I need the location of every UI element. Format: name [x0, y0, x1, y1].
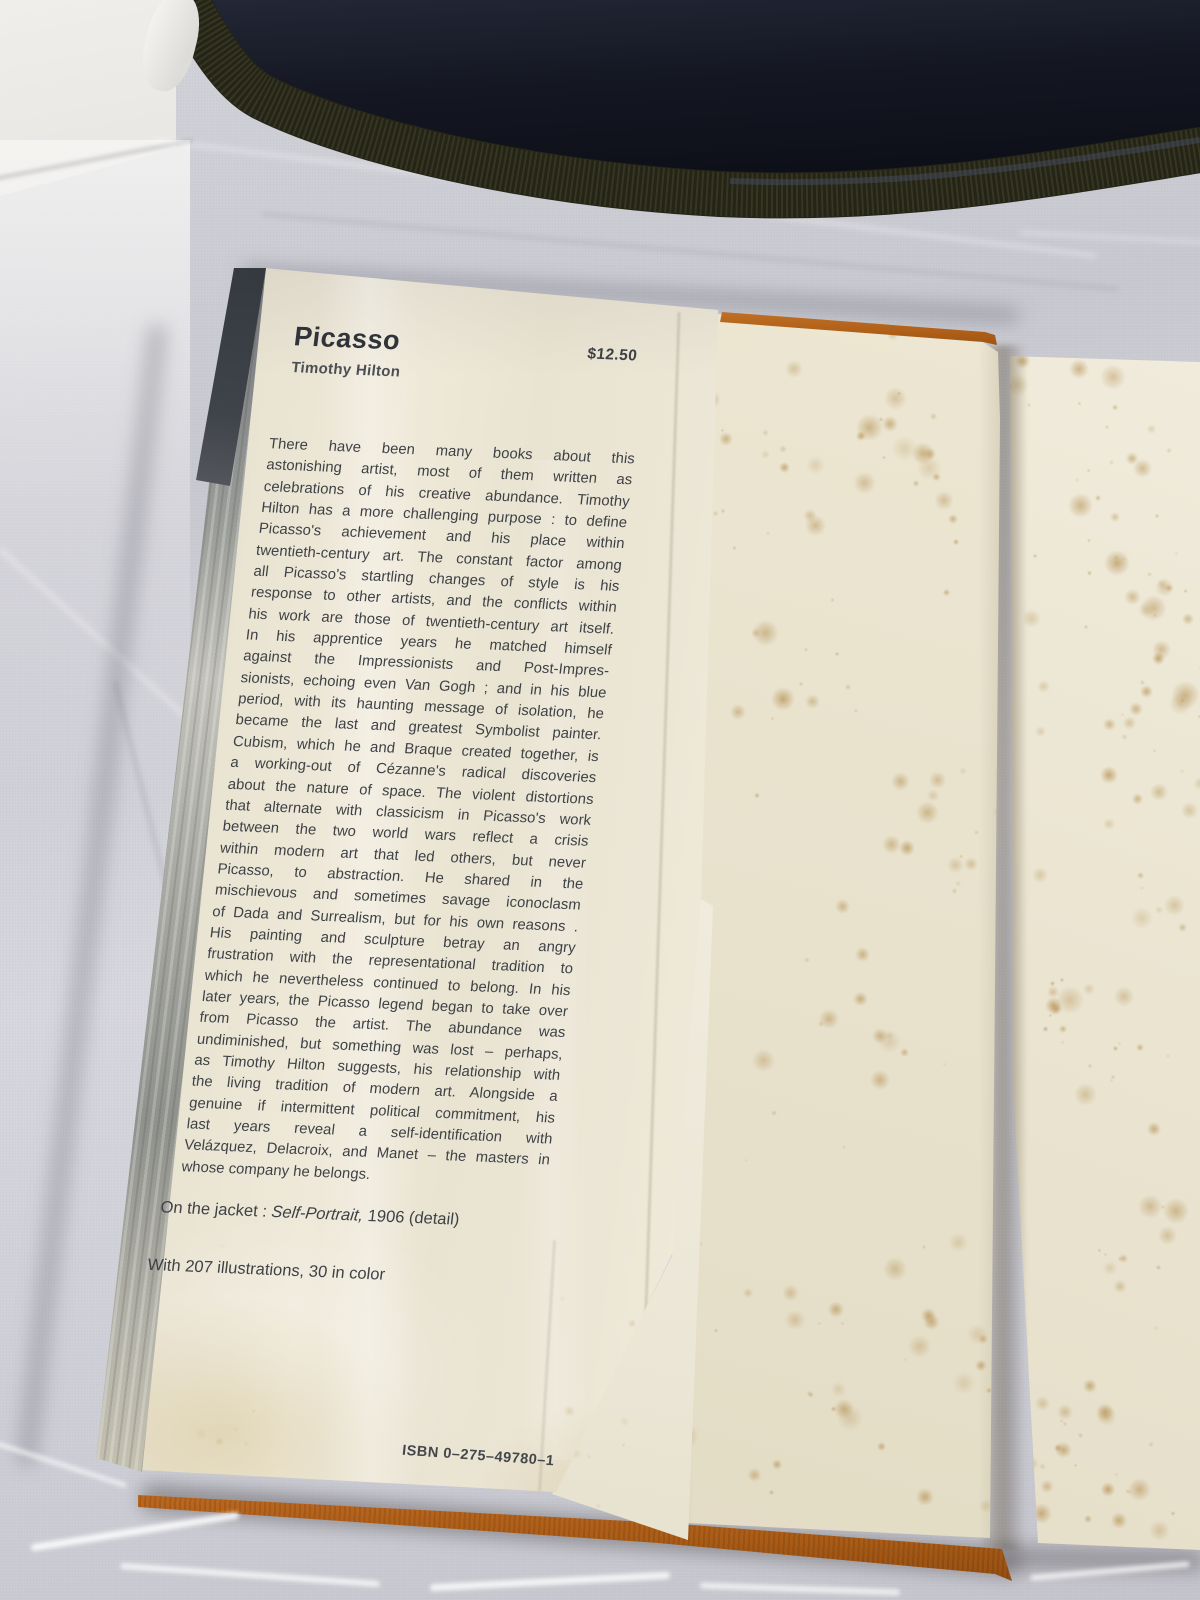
foxing-spot: [779, 445, 787, 453]
plastic-crinkle-highlight: [700, 1583, 900, 1596]
foxing-spot: [854, 709, 858, 713]
plastic-crinkle-highlight: [430, 1572, 670, 1592]
foxing-spot: [1103, 1261, 1117, 1275]
foxing-spot: [1140, 886, 1144, 890]
book-title: Picasso: [292, 321, 402, 356]
foxing-spot: [1074, 1083, 1097, 1106]
jacket-note-work-title: Self-Portrait,: [270, 1203, 364, 1225]
foxing-spot: [779, 462, 790, 473]
foxing-spot: [772, 1459, 783, 1470]
foxing-spot: [819, 1009, 838, 1028]
foxing-spot: [1103, 818, 1115, 830]
foxing-spot: [1152, 640, 1171, 659]
foxing-spot: [974, 830, 979, 835]
foxing-spot: [1083, 1379, 1097, 1393]
foxing-spot: [949, 1233, 968, 1252]
foxing-spot: [1104, 550, 1130, 576]
foxing-spot: [953, 1372, 975, 1394]
foxing-spot: [747, 1468, 762, 1483]
foxing-spot: [620, 1417, 629, 1426]
foxing-spot: [806, 456, 825, 475]
foxing-spot: [1087, 539, 1090, 542]
foxing-spot: [883, 1257, 907, 1281]
foxing-spot: [1027, 403, 1031, 407]
foxing-spot: [1114, 556, 1118, 560]
foxing-spot: [929, 771, 946, 788]
foxing-spot: [899, 840, 915, 856]
foxing-spot: [904, 1358, 907, 1361]
foxing-spot: [841, 1322, 844, 1325]
foxing-spot: [831, 598, 835, 602]
foxing-spot: [1111, 1075, 1115, 1079]
foxing-spot: [1100, 766, 1118, 784]
foxing-spot: [1037, 680, 1050, 693]
blurb-paragraph: There have been many books about thisast…: [180, 434, 636, 1193]
foxing-spot: [721, 509, 725, 513]
foxing-spot: [1131, 907, 1153, 929]
foxing-spot: [916, 1488, 934, 1506]
foxing-spot: [804, 648, 807, 651]
foxing-spot: [1163, 1198, 1189, 1224]
foxing-spot: [900, 1048, 909, 1057]
foxing-spot: [628, 1319, 637, 1328]
foxing-spot: [215, 1437, 224, 1446]
foxing-spot: [1078, 402, 1081, 405]
foxing-spot: [1166, 1054, 1170, 1058]
foxing-spot: [1111, 1512, 1127, 1528]
foxing-spot: [730, 704, 746, 720]
foxing-spot: [1100, 364, 1126, 390]
foxing-spot: [1061, 1041, 1064, 1044]
foxing-spot: [1109, 460, 1114, 465]
foxing-spot: [766, 532, 770, 536]
foxing-spot: [719, 432, 733, 446]
photo-scene: Picasso $12.50 Timothy Hilton There have…: [0, 0, 1200, 1600]
foxing-spot: [837, 1405, 863, 1431]
foxing-spot: [986, 1388, 992, 1394]
foxing-spot: [1043, 1026, 1048, 1031]
foxing-spot: [752, 620, 779, 647]
foxing-spot: [908, 1335, 931, 1358]
foxing-spot: [1087, 571, 1092, 576]
foxing-spot: [622, 1443, 626, 1447]
foxing-spot: [1103, 718, 1116, 731]
foxing-spot: [975, 1360, 987, 1372]
foxing-spot: [1113, 1046, 1118, 1051]
foxing-spot: [1105, 425, 1109, 429]
foxing-spot: [1045, 997, 1062, 1014]
foxing-spot: [1063, 1422, 1066, 1425]
foxing-spot: [769, 1490, 774, 1495]
foxing-spot: [243, 1441, 249, 1447]
foxing-spot: [1193, 777, 1200, 790]
foxing-spot: [805, 515, 826, 536]
foxing-spot: [805, 694, 820, 709]
foxing-spot: [1121, 713, 1125, 717]
foxing-spot: [947, 857, 964, 874]
foxing-spot: [1136, 1044, 1143, 1051]
foxing-spot: [948, 514, 958, 524]
foxing-spot: [1088, 1064, 1092, 1068]
foxing-spot: [1033, 554, 1036, 557]
foxing-spot: [934, 491, 954, 511]
foxing-spot: [744, 1159, 747, 1162]
foxing-spot: [855, 947, 870, 962]
foxing-spot: [195, 1428, 207, 1440]
foxing-spot: [1031, 1503, 1052, 1524]
foxing-spot: [1154, 1326, 1158, 1330]
foxing-spot: [771, 687, 795, 711]
foxing-spot: [1169, 692, 1192, 715]
foxing-spot: [1119, 1254, 1128, 1263]
foxing-spot: [1178, 923, 1187, 932]
foxing-spot: [959, 767, 967, 775]
foxing-spot: [878, 1030, 901, 1053]
foxing-spot: [752, 1049, 775, 1072]
foxing-spot: [809, 1393, 814, 1398]
foxing-spot: [930, 413, 937, 420]
foxing-spot: [721, 429, 724, 432]
foxing-spot: [761, 450, 770, 459]
foxing-spot: [785, 1310, 805, 1330]
foxing-spot: [831, 1382, 846, 1397]
foxing-spot: [1156, 1265, 1161, 1270]
foxing-spot: [1075, 478, 1079, 482]
foxing-spot: [1175, 552, 1178, 555]
jacket-note-prefix: On the jacket :: [160, 1198, 273, 1221]
foxing-spot: [845, 684, 851, 690]
foxing-spot: [953, 539, 959, 545]
foxing-spot: [1078, 1433, 1084, 1439]
foxing-spot: [1096, 1406, 1117, 1427]
foxing-spot: [1121, 734, 1128, 741]
foxing-spot: [1060, 978, 1064, 982]
jacket-note-suffix: 1906 (detail): [362, 1207, 460, 1229]
foxing-spot: [917, 456, 941, 480]
foxing-spot: [1124, 589, 1141, 606]
foxing-spot: [743, 1288, 753, 1298]
foxing-spot: [884, 387, 907, 410]
foxing-spot: [1110, 512, 1120, 522]
foxing-spot: [1035, 726, 1046, 737]
foxing-spot: [1137, 872, 1144, 879]
foxing-spot: [828, 1301, 845, 1318]
foxing-spot: [1171, 1511, 1175, 1515]
foxing-spot: [1059, 1025, 1067, 1033]
foxing-spot: [1101, 1482, 1116, 1497]
plastic-crinkle-highlight: [31, 1512, 240, 1552]
foxing-spot: [1084, 1515, 1092, 1523]
foxing-spot: [1098, 1249, 1101, 1252]
foxing-spot: [1155, 514, 1159, 518]
foxing-spot: [1110, 1079, 1113, 1082]
foxing-spot: [955, 881, 960, 886]
foxing-spot: [1113, 1280, 1127, 1294]
plastic-crinkle-highlight: [120, 1563, 380, 1587]
foxing-spot: [1069, 359, 1089, 379]
foxing-spot: [1104, 1253, 1107, 1256]
foxing-spot: [1068, 493, 1093, 518]
foxing-spot: [891, 772, 910, 791]
foxing-spot: [804, 957, 810, 963]
foxing-spot: [1054, 1444, 1062, 1452]
foxing-spot: [882, 456, 886, 460]
foxing-spot: [964, 857, 978, 871]
foxing-spot: [1114, 986, 1135, 1007]
foxing-spot: [1184, 589, 1188, 593]
foxing-spot: [1126, 452, 1139, 465]
foxing-spot: [922, 1245, 926, 1249]
foxing-spot: [1127, 1490, 1131, 1494]
foxing-spot: [1140, 595, 1167, 622]
foxing-spot: [762, 430, 769, 437]
foxing-spot: [1128, 1478, 1150, 1500]
foxing-spot: [1032, 867, 1048, 883]
jacket-note: On the jacket : Self-Portrait, 1906 (det…: [159, 1198, 603, 1235]
foxing-spot: [595, 1503, 601, 1509]
foxing-spot: [831, 1406, 836, 1411]
foxing-spot: [1150, 783, 1167, 800]
foxing-spot: [842, 1145, 846, 1149]
foxing-spot: [252, 1409, 256, 1413]
foxing-spot: [1153, 749, 1157, 753]
foxing-spot: [713, 511, 718, 516]
foxing-spot: [943, 1063, 946, 1066]
foxing-spot: [233, 1427, 238, 1432]
foxing-spot: [1060, 1419, 1063, 1422]
foxing-spot: [1129, 702, 1143, 716]
foxing-spot: [782, 1285, 799, 1302]
foxing-spot: [785, 360, 803, 378]
foxing-spot: [1049, 1014, 1052, 1017]
foxing-spot: [1155, 906, 1163, 914]
foxing-spot: [564, 1405, 575, 1416]
foxing-spot: [1147, 572, 1152, 577]
foxing-spot: [1112, 405, 1118, 411]
foxing-spot: [1084, 625, 1088, 629]
foxing-spot: [818, 1322, 821, 1325]
foxing-spot: [1050, 981, 1055, 986]
foxing-spot: [1140, 685, 1153, 698]
foxing-spot: [587, 1454, 592, 1459]
foxing-spot: [771, 1110, 777, 1116]
foxing-spot: [1181, 802, 1198, 819]
foxing-spot: [923, 1314, 940, 1331]
foxing-spot: [1123, 716, 1136, 729]
foxing-spot: [916, 801, 939, 824]
foxing-spot: [714, 1329, 717, 1332]
foxing-spot: [1182, 613, 1194, 625]
foxing-spot: [771, 717, 774, 720]
foxing-spot: [1118, 1042, 1121, 1045]
foxing-spot: [1087, 469, 1090, 472]
foxing-spot: [978, 1334, 988, 1344]
foxing-spot: [1057, 1404, 1073, 1420]
foxing-spot: [1039, 1463, 1046, 1470]
foxing-spot: [835, 899, 850, 914]
foxing-spot: [1035, 1396, 1051, 1412]
foxing-spot: [733, 546, 736, 549]
foxing-spot: [1158, 1226, 1177, 1245]
foxing-spot: [1083, 983, 1095, 995]
foxing-spot: [913, 480, 920, 487]
foxing-spot: [1147, 1122, 1161, 1136]
foxing-spot: [835, 652, 838, 655]
foxing-spot: [853, 992, 868, 1007]
foxing-spot: [1026, 1457, 1039, 1470]
foxing-spot: [1138, 1194, 1162, 1218]
foxing-spot: [1148, 1442, 1154, 1448]
foxing-spot: [1180, 769, 1184, 773]
foxing-spot: [1164, 895, 1185, 916]
foxing-spot: [1095, 495, 1101, 501]
foxing-spot: [754, 793, 760, 799]
foxing-spot: [877, 1442, 886, 1451]
foxing-spot: [882, 835, 901, 854]
foxing-spot: [1040, 1480, 1053, 1493]
foxing-spot: [1074, 1464, 1077, 1467]
foxing-spot: [1115, 1473, 1118, 1476]
foxing-spot: [882, 416, 898, 432]
foxing-spot: [927, 789, 939, 801]
foxing-spot: [943, 589, 950, 596]
foxing-spot: [1132, 793, 1144, 805]
foxing-spot: [1147, 424, 1157, 434]
foxing-spot: [952, 888, 958, 894]
price-label: $12.50: [586, 345, 638, 365]
foxing-spot: [1166, 448, 1172, 454]
foxing-spot: [1149, 1520, 1170, 1541]
foxing-spot: [799, 682, 803, 686]
foxing-spot: [870, 1070, 890, 1090]
foxing-spot: [853, 472, 876, 495]
